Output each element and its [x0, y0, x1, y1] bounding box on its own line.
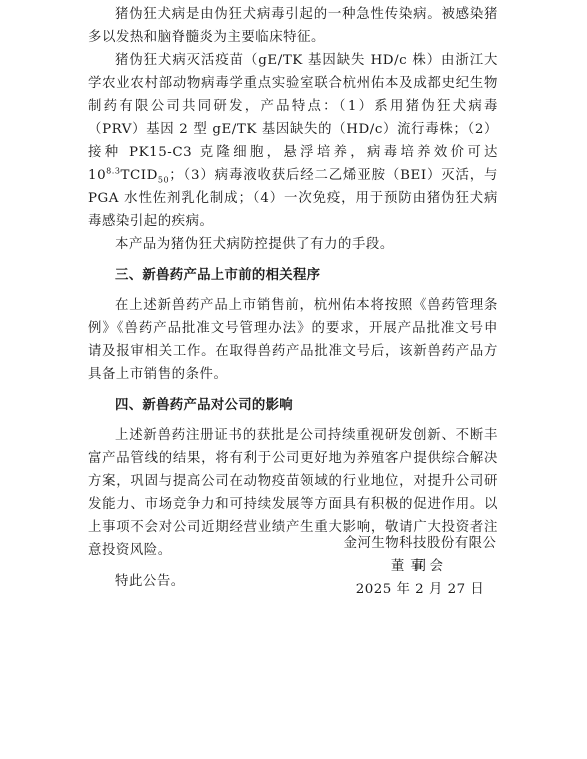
section-heading-company-impact: 四、新兽药产品对公司的影响: [88, 394, 498, 417]
document-page: 猪伪狂犬病是由伪狂犬病毒引起的一种急性传染病。被感染猪多以发热和脑脊髓炎为主要临…: [0, 0, 587, 759]
paragraph-vaccine-description: 猪伪狂犬病灭活疫苗（gE/TK 基因缺失 HD/c 株）由浙江大学农业农村部动物…: [88, 49, 498, 233]
paragraph-pre-market-procedures: 在上述新兽药产品上市销售前，杭州佑本将按照《兽药管理条例》《兽药产品批准文号管理…: [88, 294, 498, 386]
vaccine-description-text: 猪伪狂犬病灭活疫苗（gE/TK 基因缺失 HD/c 株）由浙江大学农业农村部动物…: [88, 53, 498, 183]
paragraph-disease-intro: 猪伪狂犬病是由伪狂犬病毒引起的一种急性传染病。被感染猪多以发热和脑脊髓炎为主要临…: [88, 3, 498, 49]
titer-unit: TCID: [121, 168, 158, 183]
titer-unit-subscript: 50: [158, 176, 169, 185]
signature-date: 2025 年 2 月 27 日: [340, 578, 500, 601]
section-heading-pre-market-procedures: 三、新兽药产品上市前的相关程序: [88, 264, 498, 287]
signature-board: 董事会: [340, 555, 500, 578]
paragraph-product-significance: 本产品为猪伪狂犬病防控提供了有力的手段。: [88, 233, 498, 256]
document-body: 猪伪狂犬病是由伪狂犬病毒引起的一种急性传染病。被感染猪多以发热和脑脊髓炎为主要临…: [88, 3, 498, 593]
titer-exponent: 8.3: [106, 167, 120, 176]
